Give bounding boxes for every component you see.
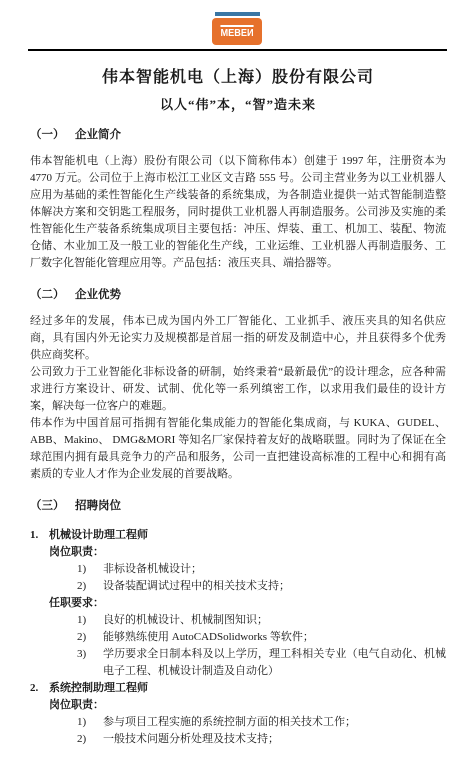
- list-item-number: 1): [77, 612, 103, 629]
- list-item: 1) 良好的机械设计、机械制图知识；: [77, 612, 446, 629]
- duties-label: 岗位职责：: [49, 544, 446, 561]
- job-list: 1. 机械设计助理工程师 岗位职责： 1) 非标设备机械设计； 2) 设备装配调…: [30, 527, 446, 748]
- paragraph: 经过多年的发展，伟本已成为国内外工厂智能化、工业抓手、液压夹具的知名供应商，具有…: [30, 313, 446, 364]
- paragraph: 公司致力于工业智能化非标设备的研制，始终秉着“最新最优”的设计理念，应各种需求进…: [30, 364, 446, 415]
- list-item-number: 2): [77, 731, 103, 748]
- job-number: 1.: [30, 527, 49, 544]
- paragraph: 伟本智能机电（上海）股份有限公司（以下简称伟本）创建于 1997 年，注册资本为…: [30, 153, 446, 272]
- list-item: 2) 能够熟练使用 AutoCADSolidworks 等软件；: [77, 629, 446, 646]
- job-body: 岗位职责： 1) 参与项目工程实施的系统控制方面的相关技术工作； 2) 一般技术…: [49, 697, 446, 748]
- paragraph: 伟本作为中国首屈可指拥有智能化集成能力的智能化集成商，与 KUKA、GUDEL、…: [30, 415, 446, 483]
- list-item-number: 2): [77, 578, 103, 595]
- section-number: （一）: [30, 128, 75, 142]
- list-item-number: 2): [77, 629, 103, 646]
- logo-orange-box: МЕВЕИ: [212, 18, 262, 45]
- duties-label: 岗位职责：: [49, 697, 446, 714]
- job-title-row: 1. 机械设计助理工程师: [30, 527, 446, 544]
- list-item-number: 1): [77, 561, 103, 578]
- list-item: 2) 一般技术问题分析处理及技术支持；: [77, 731, 446, 748]
- logo-blue-bar: [215, 12, 260, 16]
- list-item: 1) 参与项目工程实施的系统控制方面的相关技术工作；: [77, 714, 446, 731]
- requirements-label: 任职要求：: [49, 595, 446, 612]
- header-divider: [28, 49, 447, 51]
- section-heading-company-intro: （一） 企业简介: [30, 128, 446, 142]
- section-heading-job-openings: （三） 招聘岗位: [30, 499, 446, 513]
- page-subtitle: 以人“伟”本，“智”造未来: [30, 97, 446, 113]
- page-title: 伟本智能机电（上海）股份有限公司: [30, 68, 446, 88]
- document-page: МЕВЕИ 伟本智能机电（上海）股份有限公司 以人“伟”本，“智”造未来 （一）…: [0, 0, 474, 765]
- list-item-text: 学历要求全日制本科及以上学历，理工科相关专业（电气自动化、机械电子工程、机械设计…: [103, 646, 446, 680]
- section-body: 经过多年的发展，伟本已成为国内外工厂智能化、工业抓手、液压夹具的知名供应商，具有…: [30, 313, 446, 483]
- section-title: 企业优势: [75, 288, 121, 302]
- job-title: 系统控制助理工程师: [49, 680, 148, 697]
- list-item-text: 设备装配调试过程中的相关技术支持；: [103, 578, 446, 595]
- company-logo: МЕВЕИ: [0, 0, 474, 45]
- section-heading-company-advantages: （二） 企业优势: [30, 288, 446, 302]
- section-body: 伟本智能机电（上海）股份有限公司（以下简称伟本）创建于 1997 年，注册资本为…: [30, 153, 446, 272]
- job-item-mechanical-design: 1. 机械设计助理工程师 岗位职责： 1) 非标设备机械设计； 2) 设备装配调…: [30, 527, 446, 680]
- list-item-number: 1): [77, 714, 103, 731]
- list-item-text: 良好的机械设计、机械制图知识；: [103, 612, 446, 629]
- list-item-text: 参与项目工程实施的系统控制方面的相关技术工作；: [103, 714, 446, 731]
- job-title: 机械设计助理工程师: [49, 527, 148, 544]
- list-item-text: 能够熟练使用 AutoCADSolidworks 等软件；: [103, 629, 446, 646]
- document-content: 伟本智能机电（上海）股份有限公司 以人“伟”本，“智”造未来 （一） 企业简介 …: [0, 68, 474, 748]
- list-item-text: 一般技术问题分析处理及技术支持；: [103, 731, 446, 748]
- list-item: 1) 非标设备机械设计；: [77, 561, 446, 578]
- section-number: （二）: [30, 288, 75, 302]
- job-body: 岗位职责： 1) 非标设备机械设计； 2) 设备装配调试过程中的相关技术支持； …: [49, 544, 446, 680]
- section-number: （三）: [30, 499, 75, 513]
- list-item: 3) 学历要求全日制本科及以上学历，理工科相关专业（电气自动化、机械电子工程、机…: [77, 646, 446, 680]
- list-item-text: 非标设备机械设计；: [103, 561, 446, 578]
- logo-text: МЕВЕИ: [220, 25, 253, 39]
- job-title-row: 2. 系统控制助理工程师: [30, 680, 446, 697]
- list-item-number: 3): [77, 646, 103, 680]
- section-title: 招聘岗位: [75, 499, 121, 513]
- job-number: 2.: [30, 680, 49, 697]
- job-item-system-control: 2. 系统控制助理工程师 岗位职责： 1) 参与项目工程实施的系统控制方面的相关…: [30, 680, 446, 748]
- section-title: 企业简介: [75, 128, 121, 142]
- list-item: 2) 设备装配调试过程中的相关技术支持；: [77, 578, 446, 595]
